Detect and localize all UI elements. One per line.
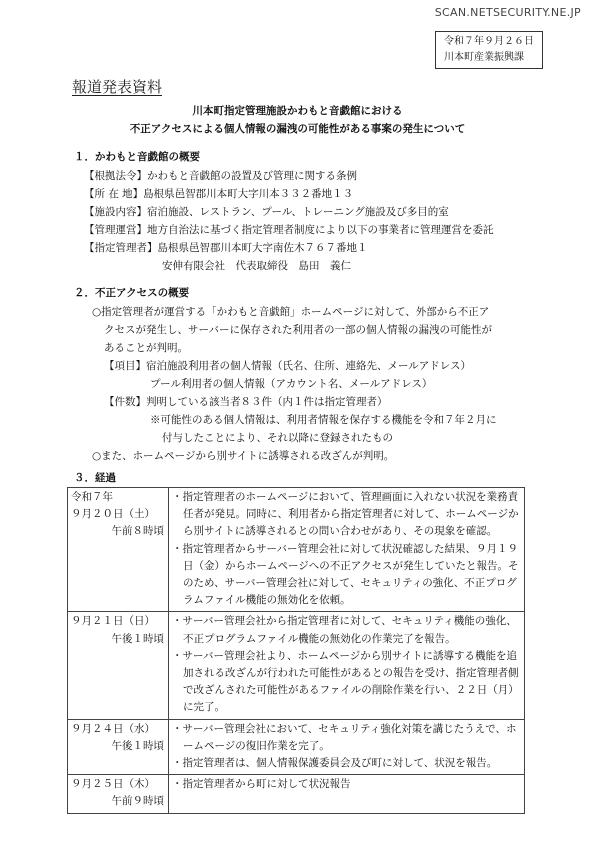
count-label: 【件数】 bbox=[104, 396, 146, 408]
table-row: ９月２４日（水） 午後１時頃 ・サーバー管理会社において、セキュリティ強化対策を… bbox=[68, 719, 525, 775]
detail-bullet: ・指定管理者は、個人情報保護委員会及び町に対して、状況を報告。 bbox=[172, 755, 521, 772]
detail-bullet: ・指定管理者のホームページにおいて、管理画面に入れない状況を業務責任者が発見。同… bbox=[172, 489, 521, 541]
detail-bullet: ・サーバー管理会社から指定管理者に対して、セキュリティ機能の強化、不正プログラム… bbox=[172, 613, 521, 647]
items-label: 【項目】 bbox=[104, 360, 146, 372]
timeline-date-cell: ９月２１日（日） 午後１時頃 bbox=[68, 612, 169, 719]
designated-manager-company: 安伸有限会社 代表取締役 島田 義仁 bbox=[162, 258, 351, 273]
table-row: 令和７年 ９月２０日（土） 午前８時頃 ・指定管理者のホームページにおいて、管理… bbox=[68, 488, 525, 612]
note-line2: 付与したことにより、それ以降に登録されたもの bbox=[162, 430, 393, 445]
overview-para-line1: ○指定管理者が運営する「かわもと音戯館」ホームページに対して、外部から不正ア bbox=[92, 304, 489, 319]
timeline-detail-cell: ・サーバー管理会社において、セキュリティ強化対策を講じたうえで、ホームページの復… bbox=[169, 719, 525, 775]
date-line: ９月２５日（木） bbox=[71, 776, 165, 793]
timeline-table: 令和７年 ９月２０日（土） 午前８時頃 ・指定管理者のホームページにおいて、管理… bbox=[67, 487, 525, 814]
designated-manager-row: 【指定管理者】島根県邑智郡川本町大字南佐木７６７番地１ bbox=[84, 240, 368, 255]
detail-bullet: ・指定管理者から町に対して状況報告 bbox=[172, 776, 521, 793]
time-line: 午後１時頃 bbox=[71, 631, 165, 648]
items-value: 宿泊施設利用者の個人情報（氏名、住所、連絡先、メールアドレス） bbox=[146, 360, 471, 372]
section1-heading: １．かわもと音戯館の概要 bbox=[74, 149, 200, 164]
date-line: ９月２４日（水） bbox=[71, 721, 165, 738]
section2-heading: ２．不正アクセスの概要 bbox=[74, 285, 189, 300]
date-department-box: 令和７年９月２６日 川本町産業振興課 bbox=[435, 31, 543, 69]
detail-bullet: ・サーバー管理会社において、セキュリティ強化対策を講じたうえで、ホームページの復… bbox=[172, 721, 521, 755]
time-line: 午前８時頃 bbox=[71, 523, 165, 540]
time-line: 午後１時頃 bbox=[71, 738, 165, 755]
document-title-line1: 川本町指定管理施設かわもと音戯館における bbox=[0, 103, 595, 118]
facility-address-row: 【所 在 地】島根県邑智郡川本町大字川本３３２番地１３ bbox=[84, 186, 353, 201]
table-row: ９月２１日（日） 午後１時頃 ・サーバー管理会社から指定管理者に対して、セキュリ… bbox=[68, 612, 525, 719]
label: 【施設内容】 bbox=[84, 206, 147, 218]
overview-para-line3: あることが判明。 bbox=[104, 340, 188, 355]
timeline-date-cell: ９月２５日（木） 午前９時頃 bbox=[68, 775, 169, 813]
value: 宿泊施設、レストラン、プール、トレーニング施設及び多目的室 bbox=[147, 206, 449, 218]
value: 島根県邑智郡川本町大字南佐木７６７番地１ bbox=[158, 242, 368, 254]
date-line: ９月２０日（土） bbox=[71, 506, 165, 523]
facility-content-row: 【施設内容】宿泊施設、レストラン、プール、トレーニング施設及び多目的室 bbox=[84, 204, 449, 219]
label: 【根拠法令】 bbox=[84, 170, 147, 182]
date-line: ９月２１日（日） bbox=[71, 613, 165, 630]
watermark: SCAN.NETSECURITY.NE.JP bbox=[435, 6, 581, 19]
document-title-line2: 不正アクセスによる個人情報の漏洩の可能性がある事案の発生について bbox=[0, 121, 595, 136]
items-row: 【項目】宿泊施設利用者の個人情報（氏名、住所、連絡先、メールアドレス） bbox=[104, 358, 471, 373]
label: 【指定管理者】 bbox=[84, 242, 158, 254]
note-line1: ※可能性のある個人情報は、利用者情報を保存する機能を令和７年２月に bbox=[150, 412, 497, 427]
label: 【所 在 地】 bbox=[84, 188, 143, 200]
timeline-detail-cell: ・サーバー管理会社から指定管理者に対して、セキュリティ機能の強化、不正プログラム… bbox=[169, 612, 525, 719]
date-line: 令和７年 bbox=[71, 489, 165, 506]
detail-bullet: ・サーバー管理会社より、ホームページから別サイトに誘導する機能を追加される改ざん… bbox=[172, 648, 521, 717]
value: 島根県邑智郡川本町大字川本３３２番地１３ bbox=[143, 188, 353, 200]
items-value-line2: プール利用者の個人情報（アカウント名、メールアドレス） bbox=[150, 376, 432, 391]
department-name: 川本町産業振興課 bbox=[444, 50, 542, 66]
section3-heading: ３．経過 bbox=[74, 470, 116, 485]
timeline-detail-cell: ・指定管理者から町に対して状況報告 bbox=[169, 775, 525, 813]
timeline-detail-cell: ・指定管理者のホームページにおいて、管理画面に入れない状況を業務責任者が発見。同… bbox=[169, 488, 525, 612]
time-line: 午前９時頃 bbox=[71, 793, 165, 810]
facility-basis-row: 【根拠法令】かわもと音戯館の設置及び管理に関する条例 bbox=[84, 168, 357, 183]
detail-bullet: ・指定管理者からサーバー管理会社に対して状況確認した結果、９月１９日（金）からホ… bbox=[172, 541, 521, 610]
value: かわもと音戯館の設置及び管理に関する条例 bbox=[147, 170, 357, 182]
management-row: 【管理運営】地方自治法に基づく指定管理者制度により以下の事業者に管理運営を委託 bbox=[84, 222, 494, 237]
label: 【管理運営】 bbox=[84, 224, 147, 236]
press-release-label: 報道発表資料 bbox=[72, 76, 162, 97]
value: 地方自治法に基づく指定管理者制度により以下の事業者に管理運営を委託 bbox=[147, 224, 494, 236]
count-row: 【件数】判明している該当者８３件（内１件は指定管理者） bbox=[104, 394, 388, 409]
count-value: 判明している該当者８３件（内１件は指定管理者） bbox=[146, 396, 388, 408]
table-row: ９月２５日（木） 午前９時頃 ・指定管理者から町に対して状況報告 bbox=[68, 775, 525, 813]
release-date: 令和７年９月２６日 bbox=[444, 34, 542, 50]
timeline-date-cell: 令和７年 ９月２０日（土） 午前８時頃 bbox=[68, 488, 169, 612]
timeline-date-cell: ９月２４日（水） 午後１時頃 bbox=[68, 719, 169, 775]
tampering-para: ○また、ホームページから別サイトに誘導される改ざんが判明。 bbox=[92, 448, 394, 463]
overview-para-line2: クセスが発生し、サーバーに保存された利用者の一部の個人情報の漏洩の可能性が bbox=[104, 322, 492, 337]
